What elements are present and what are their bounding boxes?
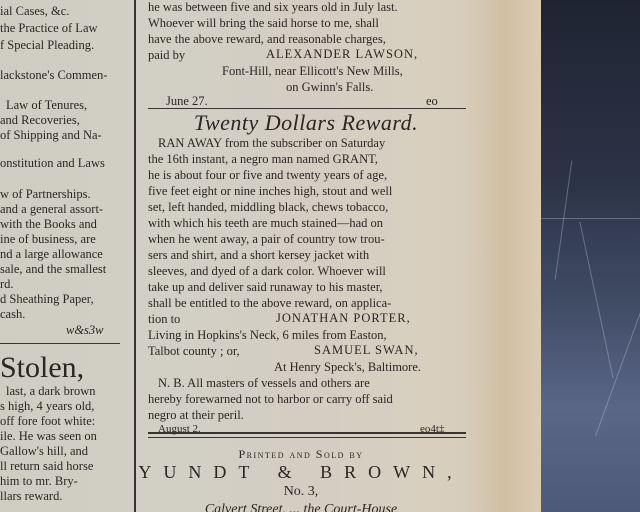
signer-location: At Henry Speck's, Baltimore. [274,360,421,374]
text-line: the Practice of Law [0,21,98,35]
signer-location: on Gwinn's Falls. [286,80,373,94]
double-rule-top [148,432,466,434]
text-line: and a general assort- [0,202,103,216]
text-line: take up and deliver said runaway to his … [148,280,383,294]
ad-code: eo [426,94,438,108]
text-line: w of Partnerships. [0,187,91,201]
text-line: and Recoveries, [0,113,80,127]
left-column: ial Cases, &c. the Practice of Law f Spe… [0,0,132,512]
signer-name: JONATHAN PORTER, [276,311,411,325]
text-line: sleeves, and dyed of a dark color. Whoev… [148,264,386,278]
scratch-mark [579,222,613,379]
text-line: Whoever will bring the said horse to me,… [148,16,379,30]
text-line: cash. [0,307,25,321]
double-rule-bottom [148,437,466,438]
signer-name: SAMUEL SWAN, [314,343,419,357]
signer-location: Font-Hill, near Ellicott's New Mills, [222,64,403,78]
ad-date: June 27. [166,94,208,108]
printer-street: Calvert Street, ... the Court-House [136,502,466,512]
text-line: hereby forewarned not to harbor or carry… [148,392,393,406]
text-line: last, a dark brown [6,384,96,398]
text-line: rd. [0,277,14,291]
text-line: ial Cases, &c. [0,4,69,18]
text-line: negro at their peril. [148,408,244,422]
text-line: Talbot county ; or, [148,344,240,358]
signer-location: Living in Hopkins's Neck, 6 miles from E… [148,328,387,342]
text-line: him to mr. Bry- [0,474,78,488]
printed-by-label: Printed and Sold by [136,447,466,462]
text-line: Law of Tenures, [6,98,87,112]
text-line: tion to [148,312,180,326]
text-line: set, left handed, middling black, chews … [148,200,388,214]
text-line: Gallow's hill, and [0,444,88,458]
text-line: N. B. All masters of vessels and others … [158,376,370,390]
text-line: have the above reward, and reasonable ch… [148,32,386,46]
text-line: sale, and the smallest [0,262,106,276]
text-line: when he went away, a pair of country tow… [148,232,385,246]
divider-rule [148,108,466,109]
text-line: s high, 4 years old, [0,399,94,413]
signer-name: ALEXANDER LAWSON, [266,47,418,61]
text-line: he was between five and six years old in… [148,0,398,14]
text-line: llars reward. [0,489,62,503]
text-line: of Shipping and Na- [0,128,102,142]
text-line: nd a large allowance [0,247,103,261]
text-line: onstitution and Laws [0,156,105,170]
reward-ad-title: Twenty Dollars Reward. [146,111,466,135]
text-line: the 16th instant, a negro man named GRAN… [148,152,378,166]
text-line: ll return said horse [0,459,93,473]
main-column: he was between five and six years old in… [136,0,466,512]
text-line: paid by [148,48,185,62]
text-line: f Special Pleading. [0,38,94,52]
text-line: shall be entitled to the above reward, o… [148,296,391,310]
text-line: RAN AWAY from the subscriber on Saturday [158,136,385,150]
text-line: ile. He was seen on [0,429,97,443]
printer-name: YUNDT & BROWN, [132,462,470,483]
ad-code: w&s3w [66,323,104,337]
stolen-ad-title: Stolen, [0,352,84,384]
text-line: with which his teeth are much stained—ha… [148,216,383,230]
printer-number: No. 3, [136,484,466,500]
text-line: lackstone's Commen- [0,68,107,82]
divider-rule [0,343,120,344]
scratch-mark [541,218,640,219]
text-line: he is about four or five and twenty year… [148,168,387,182]
text-line: d Sheathing Paper, [0,292,94,306]
newspaper-page: ial Cases, &c. the Practice of Law f Spe… [0,0,541,512]
text-line: five feet eight or nine inches high, sto… [148,184,392,198]
text-line: off fore foot white: [0,414,95,428]
text-line: ine of business, are [0,232,96,246]
text-line: sers and shirt, and a short kersey jacke… [148,248,369,262]
dark-background [541,0,640,512]
scratch-mark [555,161,573,280]
text-line: with the Books and [0,217,97,231]
